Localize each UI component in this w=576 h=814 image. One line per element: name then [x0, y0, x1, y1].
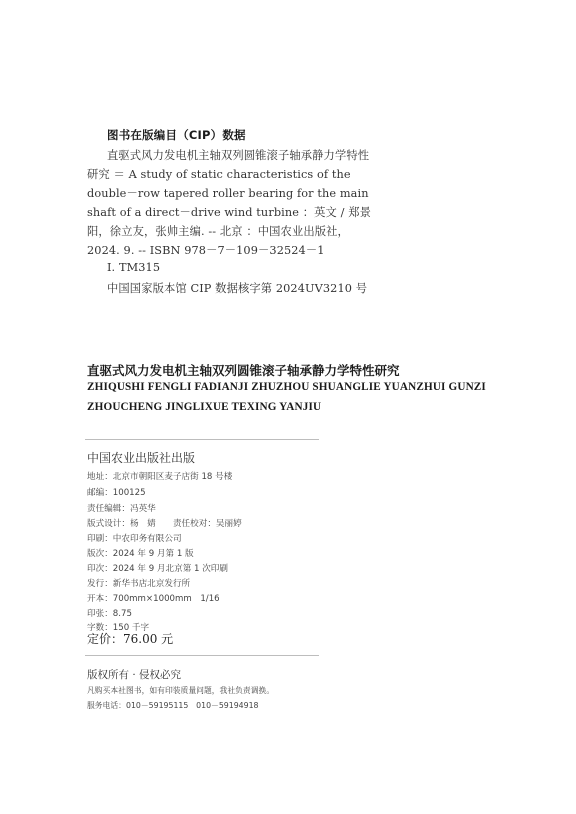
- imprint-address: 地址：北京市朝阳区麦子店街 18 号楼: [87, 470, 232, 482]
- cip-heading: 图书在版编目（CIP）数据: [107, 127, 246, 143]
- imprint-editor: 责任编辑：冯英华: [87, 502, 156, 514]
- cip-line: double－row tapered roller bearing for th…: [87, 185, 369, 201]
- price: 定价：76.00 元: [87, 630, 173, 647]
- cip-line: shaft of a direct－drive wind turbine ：英文…: [87, 204, 371, 220]
- imprint-edition: 版次：2024 年 9 月第 1 版: [87, 547, 194, 559]
- imprint-design-proofread: 版式设计：杨 婧 责任校对：吴丽婷: [87, 517, 242, 529]
- cip-line: 直驱式风力发电机主轴双列圆锥滚子轴承静力学特性: [107, 147, 369, 163]
- book-title-pinyin-line1: ZHIQUSHI FENGLI FADIANJI ZHUZHOU SHUANGL…: [87, 381, 486, 393]
- service-phone: 服务电话：010－59195115 010－59194918: [87, 700, 259, 711]
- imprint-postcode: 邮编：100125: [87, 486, 146, 498]
- cip-line: 研究 ＝ A study of static characteristics o…: [87, 166, 351, 182]
- imprint-distributor: 发行：新华书店北京发行所: [87, 577, 190, 589]
- imprint-format: 开本：700mm×1000mm 1/16: [87, 592, 220, 604]
- cip-record-number: 中国国家版本馆 CIP 数据核字第 2024UV3210 号: [107, 280, 367, 296]
- book-title-pinyin-line2: ZHOUCHENG JINGLIXUE TEXING YANJIU: [87, 401, 321, 413]
- divider-bottom: [85, 655, 319, 656]
- cip-classification: Ⅰ. TM315: [107, 261, 160, 274]
- divider-top: [85, 439, 319, 440]
- book-title-chinese: 直驱式风力发电机主轴双列圆锥滚子轴承静力学特性研究: [87, 361, 400, 379]
- imprint-sheets: 印张：8.75: [87, 607, 132, 619]
- publisher-name: 中国农业出版社出版: [87, 449, 195, 466]
- imprint-printing: 印次：2024 年 9 月北京第 1 次印刷: [87, 562, 228, 574]
- rights-heading: 版权所有 · 侵权必究: [87, 667, 181, 682]
- cip-line: 2024. 9. -- ISBN 978－7－109－32524－1: [87, 242, 325, 258]
- imprint-printer: 印刷：中农印务有限公司: [87, 532, 182, 544]
- rights-notice: 凡购买本社图书，如有印装质量问题，我社负责调换。: [87, 685, 274, 696]
- cip-line: 阳，徐立友，张帅主编. -- 北京 ：中国农业出版社，: [87, 223, 349, 239]
